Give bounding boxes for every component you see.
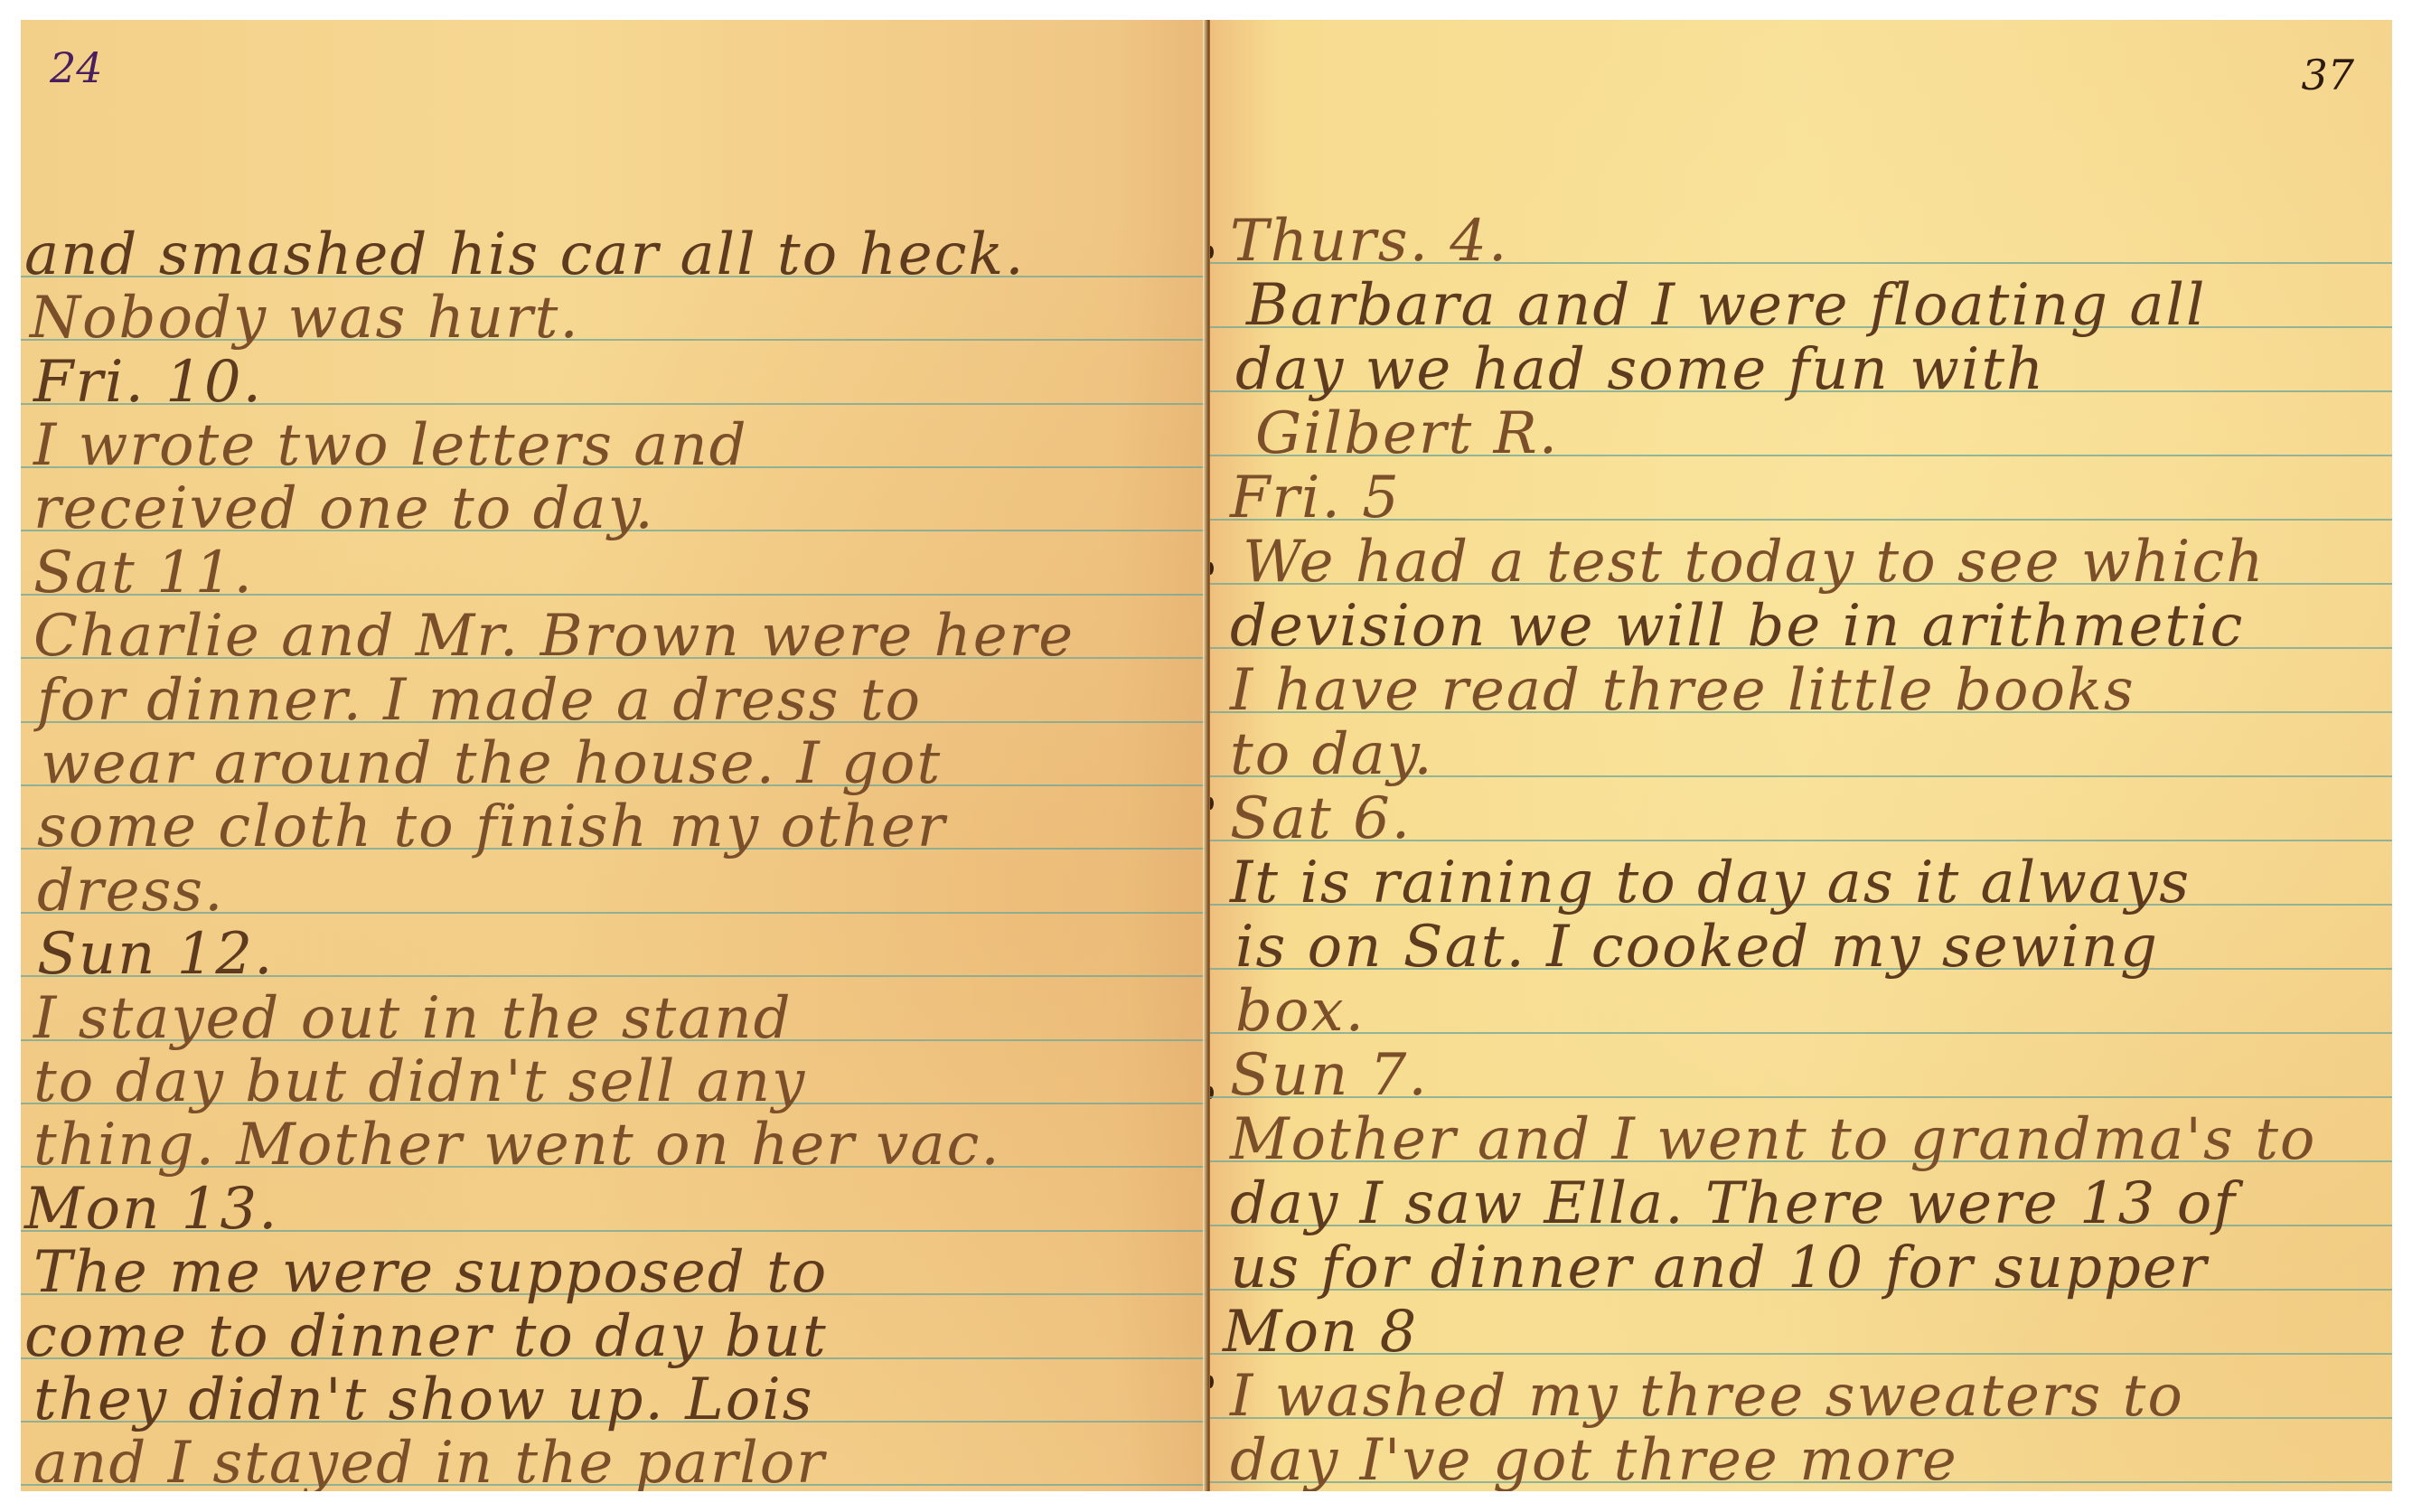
ruled-line — [1210, 1032, 2392, 1034]
diary-line: Gilbert R. — [1255, 405, 1559, 463]
entry-date-heading: Sat 11. — [33, 544, 254, 602]
diary-line: us for dinner and 10 for supper — [1230, 1239, 2208, 1297]
page-number-right: 37 — [2301, 54, 2354, 96]
entry-date-heading: Fri. 5 — [1230, 469, 1401, 527]
diary-line: dress. — [37, 862, 224, 920]
diary-line: and smashed his car all to heck. — [24, 226, 1026, 284]
diary-line: Nobody was hurt. — [30, 289, 580, 347]
diary-line: I have read three little books — [1230, 662, 2135, 719]
entry-date-heading: Sun 7. — [1230, 1047, 1429, 1104]
diary-line: devision we will be in arithmetic — [1230, 597, 2244, 655]
entry-date-heading: Sat 6. — [1230, 790, 1412, 848]
entry-date-heading: Mon 8 — [1223, 1303, 1418, 1361]
diary-line: to day but didn't sell any — [33, 1053, 806, 1111]
diary-line: box. — [1235, 982, 1366, 1040]
binding-stitch — [1210, 562, 1214, 575]
left-diary-page: 24 and smashed his car all to heck. Nobo… — [21, 20, 1210, 1491]
diary-line: thing. Mother went on her vac. — [33, 1116, 1001, 1174]
diary-line: day we had some fun with — [1235, 341, 2045, 399]
diary-line: Barbara and I were floating all — [1246, 277, 2206, 334]
diary-line: received one to day. — [33, 480, 655, 538]
binding-stitch — [1210, 246, 1214, 258]
diary-line: day I've got three more — [1230, 1432, 1958, 1489]
diary-line: Charlie and Mr. Brown were here — [33, 607, 1075, 665]
diary-line: some cloth to finish my other — [37, 798, 946, 856]
diary-line: It is raining to day as it always — [1230, 854, 2191, 912]
diary-line: they didn't show up. Lois — [33, 1371, 814, 1429]
diary-line: Mother and I went to grandma's to — [1230, 1111, 2316, 1169]
diary-line: We had a test today to see which — [1243, 533, 2265, 591]
diary-line: I washed my three sweaters to — [1230, 1367, 2184, 1425]
diary-line: and I stayed in the parlor — [33, 1434, 826, 1491]
binding-stitch — [1210, 797, 1214, 810]
right-diary-page: 37 Thurs. 4. Barbara and I were floating… — [1210, 20, 2392, 1491]
diary-line: I wrote two letters and — [33, 417, 748, 474]
entry-date-heading: Thurs. 4. — [1230, 212, 1508, 270]
diary-line: wear around the house. I got — [41, 735, 942, 793]
diary-line: is on Sat. I cooked my sewing — [1235, 918, 2159, 976]
diary-line: to day. — [1230, 726, 1434, 784]
diary-line: The me were supposed to — [33, 1244, 828, 1301]
diary-line: for dinner. I made a dress to — [37, 671, 922, 729]
diary-line: day I saw Ella. There were 13 of — [1230, 1175, 2237, 1233]
diary-line: I stayed out in the stand — [33, 990, 793, 1047]
binding-stitch — [1210, 1376, 1214, 1388]
diary-line: come to dinner to day but — [24, 1308, 828, 1366]
page-number-left: 24 — [50, 47, 103, 89]
entry-date-heading: Mon 13. — [24, 1180, 278, 1238]
entry-date-heading: Fri. 10. — [33, 353, 263, 411]
entry-date-heading: Sun 12. — [37, 925, 274, 983]
